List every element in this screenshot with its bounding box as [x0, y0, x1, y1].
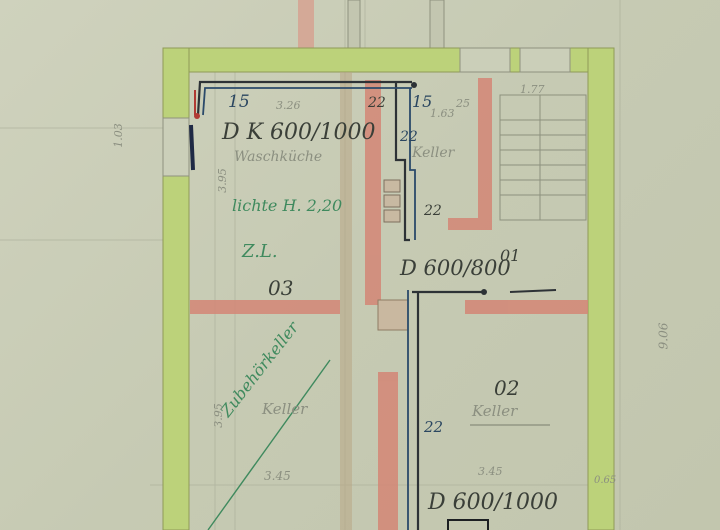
pipe-label-room-02: D 600/1000 — [428, 492, 558, 514]
pipe-count-room-03: 15 — [228, 94, 250, 111]
room-number-02: 02 — [494, 378, 519, 398]
room-number-03: 03 — [268, 278, 293, 298]
pipe-22-top: 22 — [368, 96, 386, 110]
room-name-04: Keller — [262, 402, 307, 417]
room-name-01: Keller — [412, 146, 454, 160]
dim-width-room-04: 3.45 — [264, 470, 291, 482]
staircase — [500, 95, 586, 220]
room-number-01: 01 — [500, 248, 520, 264]
floor-plan-photo: 15 3.26 D K 600/1000 Waschküche 3.95 lic… — [0, 0, 720, 530]
right-margin-dim: 9.06 — [657, 323, 669, 350]
right-wall-dim: 0.65 — [594, 476, 616, 486]
green-note-zl: Z.L. — [242, 243, 278, 261]
pipe-label-room-01: D 600/800 — [400, 258, 511, 279]
shelf-boxes — [384, 180, 400, 222]
stair-dim: 1.77 — [520, 84, 545, 95]
room-name-02: Keller — [472, 404, 517, 419]
dim-room-01-a: 1.63 — [430, 108, 455, 119]
construction-lines — [0, 0, 620, 530]
dim-width-room-03: 3.26 — [276, 100, 301, 111]
dim-room-01-b: 25 — [456, 98, 470, 109]
pipe-22-room-01-lower: 22 — [424, 204, 442, 218]
dim-height-room-04: 3.95 — [213, 403, 224, 428]
left-margin-dim: 1.03 — [113, 123, 124, 148]
dim-width-room-02: 3.45 — [478, 466, 503, 477]
green-note-headroom: lichte H. 2,20 — [232, 198, 342, 214]
pipe-22-room-01: 22 — [400, 130, 418, 144]
pipe-label-room-03: D K 600/1000 — [222, 122, 375, 144]
pipe-22-room-02: 22 — [424, 420, 443, 435]
floor-plan-drawing — [0, 0, 720, 530]
dim-height-room-03: 3.95 — [217, 168, 228, 193]
room-name-03: Waschküche — [234, 150, 322, 164]
